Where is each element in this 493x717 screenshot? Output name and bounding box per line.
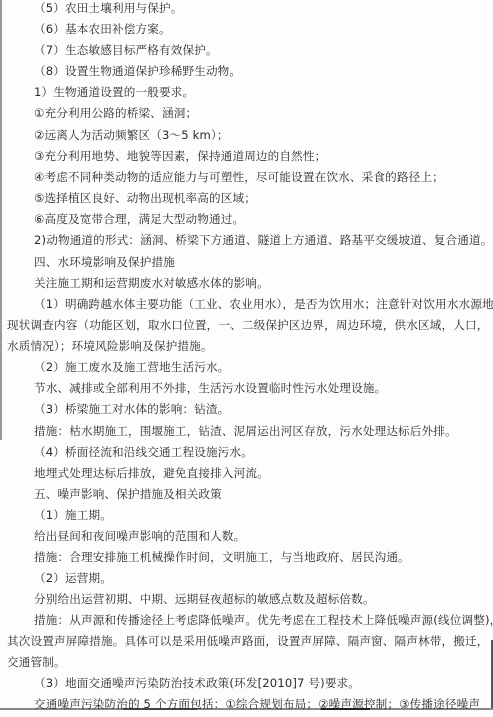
text-line: 措施：从声源和传播途径上考虑降低噪声。优先考虑在工程技术上降低噪声源(线位调整)… bbox=[34, 613, 493, 627]
text-line: 措施：合理安排施工机械操作时间，文明施工，与当地政府、居民沟通。 bbox=[34, 550, 410, 564]
text-line: 节水、减排或全部利用不外排，生活污水设置临时性污水处理设施。 bbox=[34, 381, 386, 395]
text-line: （1）施工期。 bbox=[34, 508, 112, 522]
text-line: 水质情况）；环境风险影响及保护措施。 bbox=[7, 339, 213, 353]
text-line: （4）桥面径流和沿线交通工程设施污水。 bbox=[34, 445, 253, 459]
text-line: （3）桥梁施工对水体的影响：钻渣。 bbox=[34, 402, 229, 416]
text-line: ⑤选择植区良好、动物出现机率高的区域； bbox=[34, 191, 256, 205]
text-line: （3）地面交通噪声污染防治技术政策(环发[2010]7 号)要求。 bbox=[34, 676, 360, 690]
text-line: 措施：枯水期施工，围堰施工，钻渣、泥屑运出河区存放，污水处理达标后外排。 bbox=[34, 424, 457, 438]
text-line: ①充分利用公路的桥梁、涵洞； bbox=[34, 106, 197, 120]
text-line: 四、水环境影响及保护措施 bbox=[34, 255, 175, 269]
text-line: 给出昼间和夜间噪声影响的范围和人数。 bbox=[34, 529, 245, 543]
scanned-document-page: （5）农田土壤利用与保护。（6）基本农田补偿方案。（7）生态敏感目标严格有效保护… bbox=[0, 0, 493, 717]
text-line: 分别给出运营初期、中期、远期昼夜超标的敏感点数及超标倍数。 bbox=[34, 592, 375, 606]
text-line: 其次设置声屏障措施。具体可以是采用低噪声路面，设置声屏障、隔声窗、隔声林带，搬迁… bbox=[7, 634, 489, 648]
text-line: 交通管制。 bbox=[7, 655, 66, 669]
text-line: 现状调查内容（功能区划，取水口位置，一、二级保护区边界，周边环境，供水区域，人口… bbox=[7, 318, 489, 332]
text-line: ⑥高度及宽带合理，满足大型动物通过。 bbox=[34, 212, 244, 226]
text-line: ②远离人为活动频繁区（3～5 km）； bbox=[34, 128, 229, 142]
page-left-edge bbox=[0, 0, 2, 440]
text-line: 地埋式处理达标后排放，避免直接排入河流。 bbox=[34, 466, 269, 480]
text-line: （6）基本农田补偿方案。 bbox=[34, 22, 171, 36]
text-line: 关注施工期和运营期废水对敏感水体的影响。 bbox=[34, 276, 269, 290]
text-line: （7）生态敏感目标严格有效保护。 bbox=[34, 43, 218, 57]
text-line: （2）施工废水及施工营地生活污水。 bbox=[34, 360, 229, 374]
text-line: 2)动物通道的形式：涵洞、桥梁下方通道、隧道上方通道、路基平交缓坡道、复合通道。 bbox=[34, 233, 492, 247]
text-line: 交通噪声污染防治的 5 个方面包括：①综合规划布局；②噪声源控制；③传播途径噪声 bbox=[34, 697, 480, 711]
text-line: ③充分利用地势、地貌等因素，保持通道周边的自然性； bbox=[34, 149, 326, 163]
text-line: （8）设置生物通道保护珍稀野生动物。 bbox=[34, 64, 241, 78]
text-line: ④考虑不同种类动物的适应能力与可塑性，尽可能设置在饮水、采食的路径上； bbox=[34, 170, 444, 184]
text-line: （1）明确跨越水体主要功能（工业、农业用水），是否为饮用水；注意针对饮用水水源地 bbox=[34, 297, 493, 311]
text-line: 1）生物通道设置的一般要求。 bbox=[34, 85, 194, 99]
text-line: （5）农田土壤利用与保护。 bbox=[34, 1, 182, 15]
text-line: 五、噪声影响、保护措施及相关政策 bbox=[34, 487, 222, 501]
text-line: （2）运营期。 bbox=[34, 571, 112, 585]
